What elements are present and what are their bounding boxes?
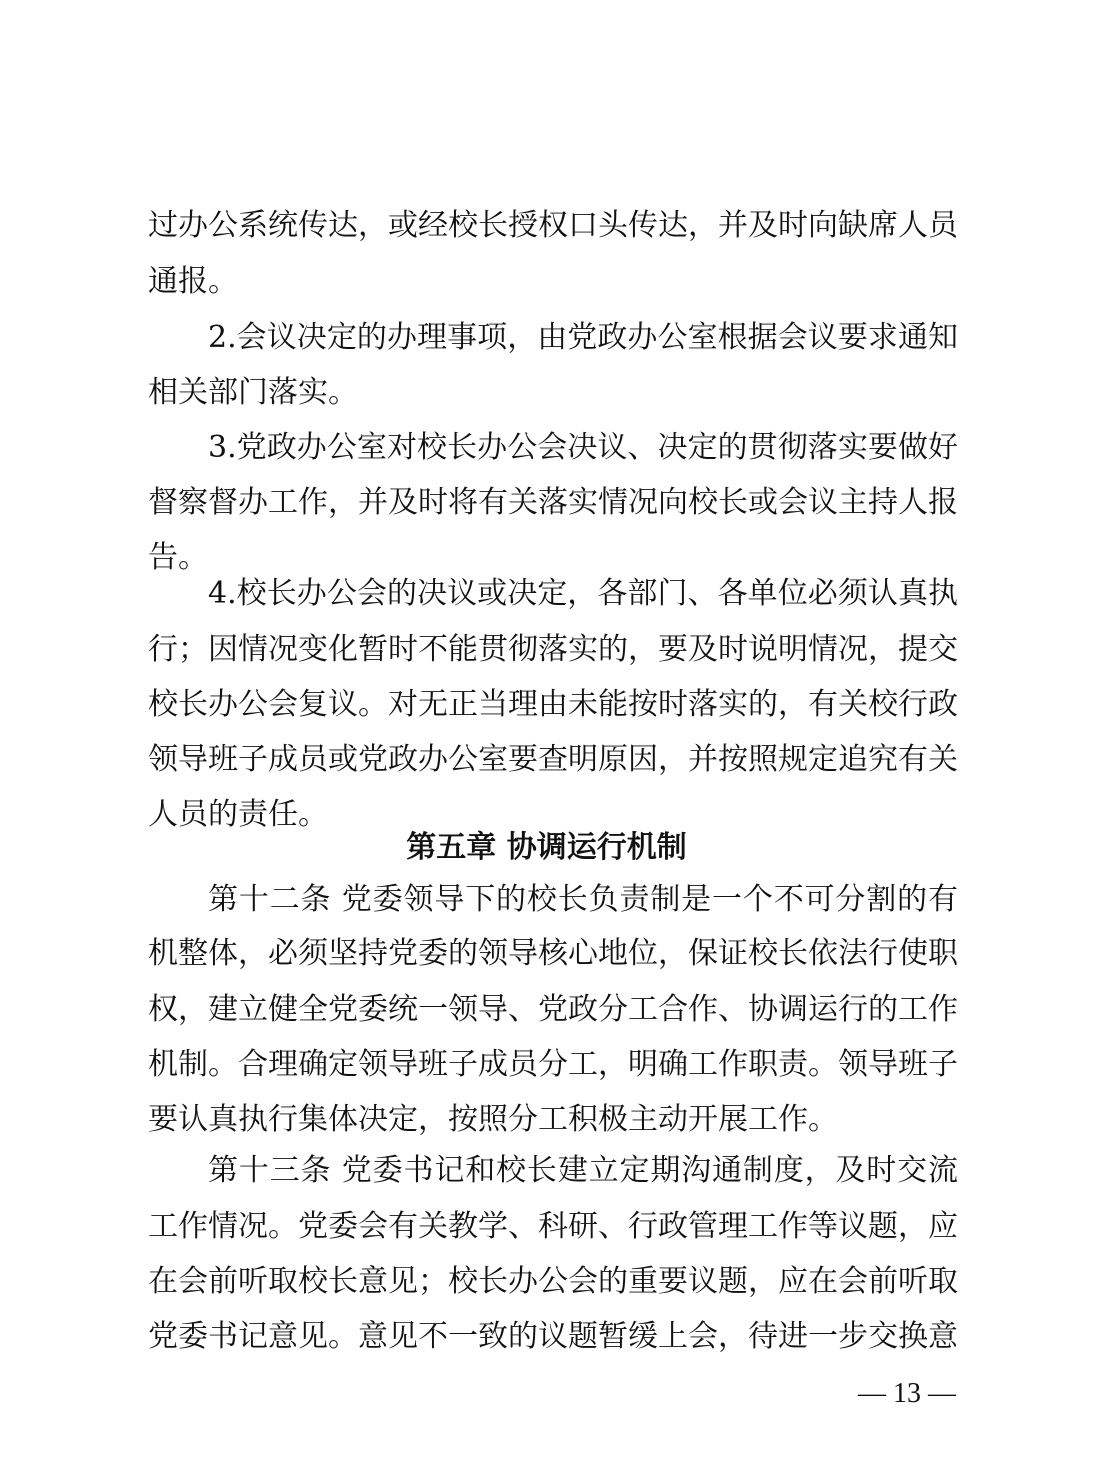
paragraph-line: 机制。合理确定领导班子成员分工，明确工作职责。领导班子 (148, 1045, 958, 1085)
page-number: — 13 — (858, 1376, 956, 1412)
paragraph-line: 要认真执行集体决定，按照分工积极主动开展工作。 (148, 1100, 958, 1140)
paragraph-line: 2.会议决定的办理事项，由党政办公室根据会议要求通知 (208, 318, 958, 358)
paragraph-line: 4.校长办公会的决议或决定，各部门、各单位必须认真执 (208, 574, 958, 614)
paragraph-line: 过办公系统传达，或经校长授权口头传达，并及时向缺席人员 (148, 206, 958, 246)
paragraph-line: 3.党政办公室对校长办公会决议、决定的贯彻落实要做好 (208, 428, 958, 468)
paragraph-line: 通报。 (148, 262, 958, 302)
paragraph-line: 行；因情况变化暂时不能贯彻落实的，要及时说明情况，提交 (148, 630, 958, 670)
paragraph-line: 工作情况。党委会有关教学、科研、行政管理工作等议题，应 (148, 1207, 958, 1247)
paragraph-line: 机整体，必须坚持党委的领导核心地位，保证校长依法行使职 (148, 934, 958, 974)
document-page: 过办公系统传达，或经校长授权口头传达，并及时向缺席人员 通报。 2.会议决定的办… (0, 0, 1093, 1482)
paragraph-line: 校长办公会复议。对无正当理由未能按时落实的，有关校行政 (148, 685, 958, 725)
paragraph-line: 相关部门落实。 (148, 373, 958, 413)
paragraph-line: 领导班子成员或党政办公室要查明原因，并按照规定追究有关 (148, 740, 958, 780)
paragraph-line: 党委书记意见。意见不一致的议题暂缓上会，待进一步交换意 (148, 1317, 958, 1357)
article-12-line: 第十二条 党委领导下的校长负责制是一个不可分割的有 (208, 880, 958, 920)
paragraph-line: 在会前听取校长意见；校长办公会的重要议题，应在会前听取 (148, 1262, 958, 1302)
article-13-line: 第十三条 党委书记和校长建立定期沟通制度，及时交流 (208, 1151, 958, 1191)
paragraph-line: 权，建立健全党委统一领导、党政分工合作、协调运行的工作 (148, 990, 958, 1030)
paragraph-line: 督察督办工作，并及时将有关落实情况向校长或会议主持人报 (148, 483, 958, 523)
paragraph-line: 告。 (148, 538, 958, 578)
chapter-heading: 第五章 协调运行机制 (0, 828, 1093, 868)
